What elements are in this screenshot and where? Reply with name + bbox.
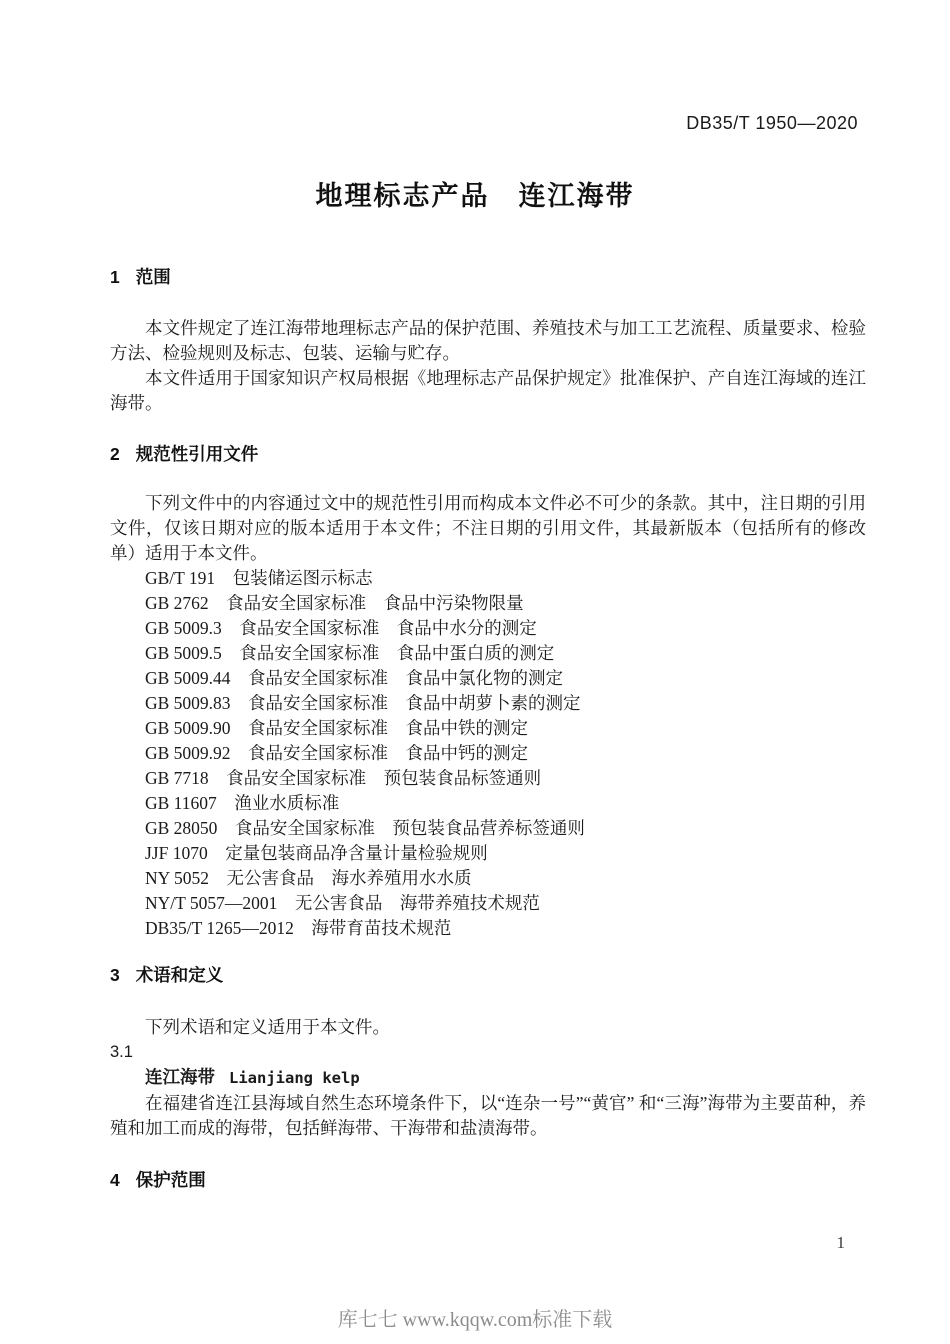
- term-heading: 连江海带Lianjiang kelp: [145, 1065, 866, 1091]
- section-4-title: 保护范围: [136, 1170, 206, 1190]
- section-4-number: 4: [110, 1168, 120, 1193]
- section-2-title: 规范性引用文件: [136, 444, 259, 464]
- reference-item: JJF 1070 定量包装商品净含量计量检验规则: [145, 841, 866, 866]
- section-2-heading: 2规范性引用文件: [110, 442, 866, 467]
- section-3-title: 术语和定义: [136, 965, 224, 985]
- reference-item: NY 5052 无公害食品 海水养殖用水水质: [145, 866, 866, 891]
- section-1-heading: 1范围: [110, 265, 866, 290]
- page-number: 1: [837, 1233, 846, 1253]
- reference-item: GB 7718 食品安全国家标准 预包装食品标签通则: [145, 766, 866, 791]
- document-body: 1范围 本文件规定了连江海带地理标志产品的保护范围、养殖技术与加工工艺流程、质量…: [110, 0, 866, 1193]
- term-chinese: 连江海带: [145, 1067, 215, 1087]
- section-1-number: 1: [110, 265, 120, 290]
- reference-item: GB 2762 食品安全国家标准 食品中污染物限量: [145, 591, 866, 616]
- footer-watermark: 库七七 www.kqqw.com标准下载: [0, 1303, 950, 1332]
- section-3-heading: 3术语和定义: [110, 963, 866, 988]
- section-2-intro: 下列文件中的内容通过文中的规范性引用而构成本文件必不可少的条款。其中，注日期的引…: [110, 491, 866, 566]
- section-3-number: 3: [110, 963, 120, 988]
- reference-item: DB35/T 1265—2012 海带育苗技术规范: [145, 916, 866, 941]
- clause-number: 3.1: [110, 1040, 866, 1065]
- reference-item: GB 5009.83 食品安全国家标准 食品中胡萝卜素的测定: [145, 691, 866, 716]
- section-1-title: 范围: [136, 267, 171, 287]
- section-1-paragraph-2: 本文件适用于国家知识产权局根据《地理标志产品保护规定》批准保护、产自连江海域的连…: [110, 366, 866, 416]
- term-english: Lianjiang kelp: [229, 1069, 360, 1087]
- references-list: GB/T 191 包装储运图示标志 GB 2762 食品安全国家标准 食品中污染…: [145, 566, 866, 941]
- standard-document-page: DB35/T 1950—2020 地理标志产品 连江海带 1范围 本文件规定了连…: [0, 0, 950, 1344]
- section-1-paragraph-1: 本文件规定了连江海带地理标志产品的保护范围、养殖技术与加工工艺流程、质量要求、检…: [110, 316, 866, 366]
- reference-item: GB 5009.3 食品安全国家标准 食品中水分的测定: [145, 616, 866, 641]
- reference-item: GB 28050 食品安全国家标准 预包装食品营养标签通则: [145, 816, 866, 841]
- reference-item: GB 5009.44 食品安全国家标准 食品中氯化物的测定: [145, 666, 866, 691]
- section-3-intro: 下列术语和定义适用于本文件。: [110, 1015, 866, 1040]
- term-definition: 在福建省连江县海域自然生态环境条件下，以“连杂一号”“黄官” 和“三海”海带为主…: [110, 1091, 866, 1141]
- section-4-heading: 4保护范围: [110, 1168, 866, 1193]
- reference-item: GB 5009.5 食品安全国家标准 食品中蛋白质的测定: [145, 641, 866, 666]
- reference-item: NY/T 5057—2001 无公害食品 海带养殖技术规范: [145, 891, 866, 916]
- reference-item: GB 5009.90 食品安全国家标准 食品中铁的测定: [145, 716, 866, 741]
- section-2-number: 2: [110, 442, 120, 467]
- reference-item: GB/T 191 包装储运图示标志: [145, 566, 866, 591]
- reference-item: GB 5009.92 食品安全国家标准 食品中钙的测定: [145, 741, 866, 766]
- reference-item: GB 11607 渔业水质标准: [145, 791, 866, 816]
